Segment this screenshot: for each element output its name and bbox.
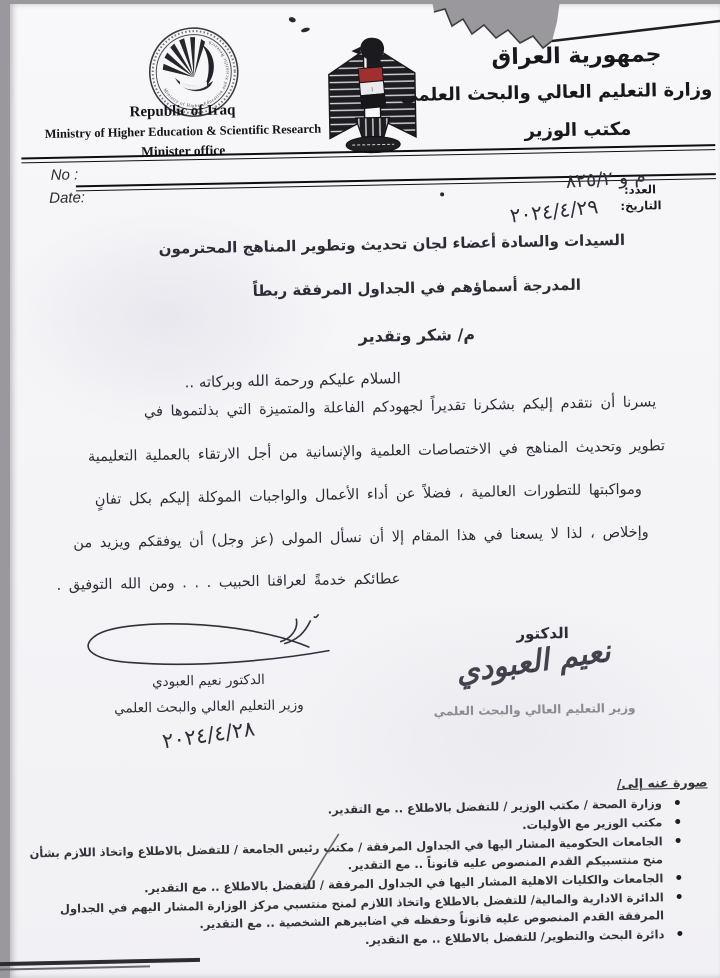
pen-stroke-mark xyxy=(286,828,357,899)
cc-list: صورة عنه إلى/ وزارة الصحة / مكتب الوزير … xyxy=(27,773,710,956)
letterhead-en-line2: Ministry of Higher Education & Scientifi… xyxy=(13,121,353,143)
eagle-tail xyxy=(356,117,390,137)
body-line: وإخلاص ، لذا لا يسعنا في هذا المقام إلا … xyxy=(73,524,649,551)
body-line: عطائكم خدمةً لعراقنا الحبيب . . . ومن ال… xyxy=(56,571,400,594)
minister-name: الدكتور نعيم العبودي xyxy=(91,671,325,691)
body-line: ومواكبتها للتطورات العالمية ، فضلاً عن أ… xyxy=(95,482,642,508)
handwritten-signature xyxy=(70,608,343,677)
date-label: Date: xyxy=(49,189,85,207)
body-line: تطوير وتحديث المناهج في الاختصاصات العلم… xyxy=(88,438,665,465)
stamp-minister-title: وزير التعليم العالي والبحث العلمي xyxy=(422,701,647,719)
torn-paper-edge xyxy=(0,0,720,60)
recipient-line2: المدرجة أسماؤهم في الجداول المرفقة ربطاً xyxy=(271,276,581,300)
scanned-letter: Ministry of Higher Education and Scienti… xyxy=(0,0,720,978)
adjacent-page-edge-line xyxy=(552,21,720,41)
ink-speck xyxy=(440,192,444,196)
letterhead-en-line1: Republic of Iraq xyxy=(24,100,340,123)
body-line: يسرنا أن نتقدم إليكم بشكرنا تقديراً لجهو… xyxy=(144,394,657,420)
letter-content: Ministry of Higher Education and Scienti… xyxy=(0,0,720,978)
letterhead-ar-line3: مكتب الوزير xyxy=(448,117,708,143)
letterhead-ar-line2: وزارة التعليم العالي والبحث العلمي xyxy=(432,79,712,105)
greeting-line: السلام عليكم ورحمة الله وبركاته .. xyxy=(98,368,488,393)
no-label: No : xyxy=(51,166,79,184)
eagle-flag-shield: ا xyxy=(358,67,385,109)
subject-line: م/ شكر وتقدير xyxy=(337,324,497,346)
recipient-line1: السيدات والسادة أعضاء لجان تحديث وتطوير … xyxy=(225,231,625,257)
